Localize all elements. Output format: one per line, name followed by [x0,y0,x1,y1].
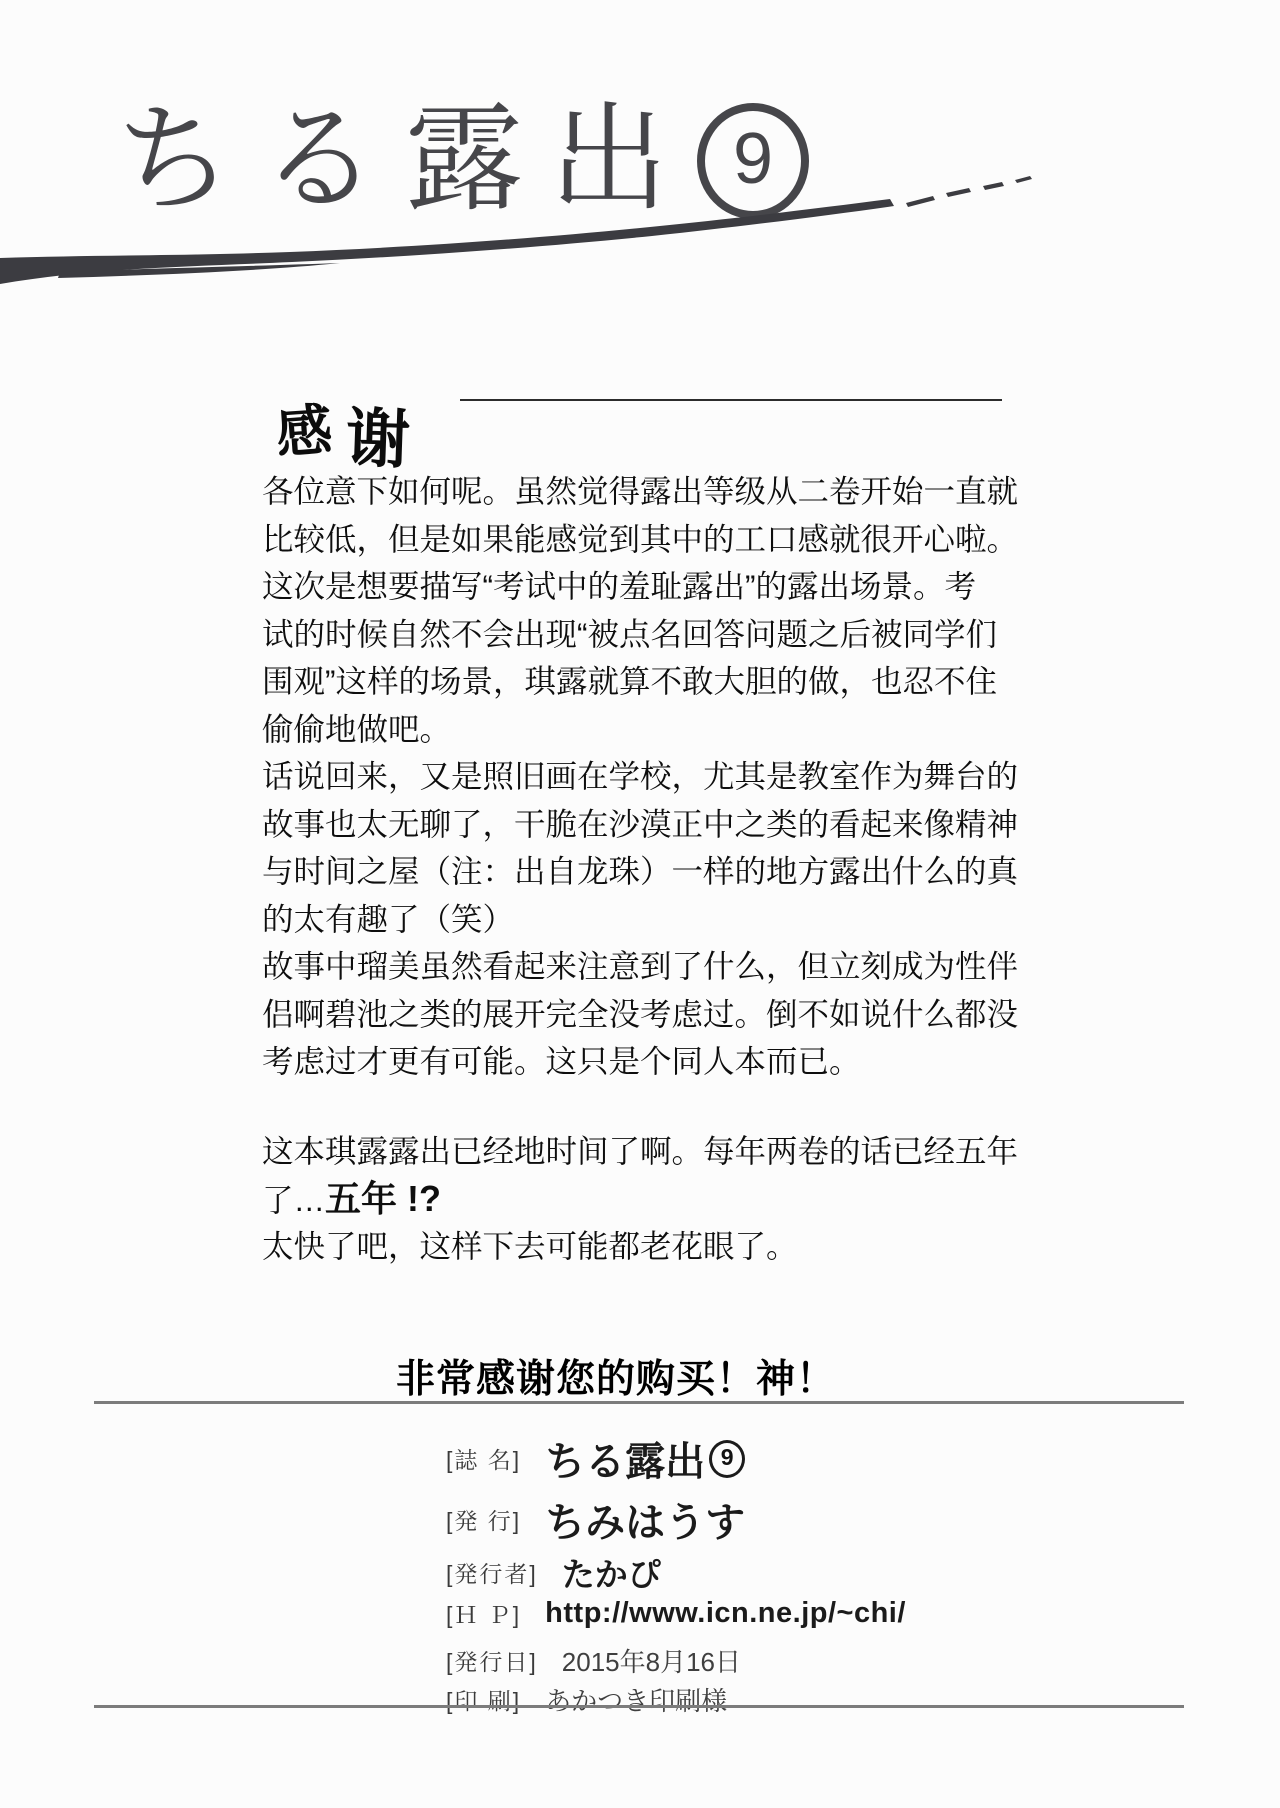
volume-number: 9 [721,1444,734,1471]
volume-badge: 9 [709,1440,745,1478]
afterword-line: 的太有趣了（笑） [262,896,1032,944]
colophon-homepage-url: http://www.icn.ne.jp/~chi/ [545,1597,906,1630]
heading-char-1: 感 [273,386,334,470]
afterword-line: 故事中瑠美虽然看起来注意到了什么，但立刻成为性伴 [262,943,1032,991]
closing-line-1: 这本琪露露出已经地时间了啊。每年两卷的话已经五年 [262,1128,1032,1176]
afterword-line: 考虑过才更有可能。这只是个同人本而已。 [262,1038,1032,1086]
colophon-row-title: [誌 名] ちる露出 9 [446,1430,745,1487]
afterword-line: 话说回来，又是照旧画在学校，尤其是教室作为舞台的 [262,753,1032,801]
afterword-line: 这次是想要描写“考试中的羞耻露出”的露出场景。考 [262,563,1032,611]
colophon-row-homepage: [Ｈ Ｐ] http://www.icn.ne.jp/~chi/ [446,1597,906,1630]
colophon-row-author: [発行者] たかぴ [446,1549,661,1596]
colophon-row-printer: [印 刷] あかつき印刷様 [446,1681,727,1718]
colophon-row-publisher: [発 行] ちみはうす [446,1491,745,1548]
afterword-line: 与时间之屋（注：出自龙珠）一样的地方露出什么的真 [262,848,1032,896]
colophon-row-date: [発行日] 2015年8月16日 [446,1642,741,1679]
closing-line-2-prefix: 了… [262,1182,325,1218]
thanks-message: 非常感谢您的购买！神！ [396,1348,836,1404]
section-heading: 感 谢 [276,378,410,470]
heading-char-2: 谢 [345,387,412,481]
afterword-body: 各位意下如何呢。虽然觉得露出等级从二卷开始一直就 比较低，但是如果能感觉到其中的… [262,468,1032,1270]
closing-line-3: 太快了吧，这样下去可能都老花眼了。 [262,1223,1032,1271]
afterword-line: 侣啊碧池之类的展开完全没考虑过。倒不如说什么都没 [262,991,1032,1039]
afterword-line: 各位意下如何呢。虽然觉得露出等级从二卷开始一直就 [262,468,1032,516]
afterword-line: 故事也太无聊了，干脆在沙漠正中之类的看起来像精神 [262,801,1032,849]
colophon-value: たかぴ [562,1549,661,1596]
afterword-line: 试的时候自然不会出现“被点名回答问题之后被同学们 [262,611,1032,659]
paragraph-gap [262,1086,1032,1128]
colophon-label: [誌 名] [446,1442,521,1475]
heading-rule [460,399,1002,401]
colophon-value: あかつき印刷様 [545,1681,727,1718]
closing-line-2-emphasis: 五年 !? [325,1178,441,1219]
colophon-label: [印 刷] [446,1683,521,1716]
closing-line-2: 了…五年 !? [262,1175,1032,1223]
afterword-line: 比较低，但是如果能感觉到其中的工口感就很开心啦。 [262,516,1032,564]
colophon-value: 2015年8月16日 [562,1642,741,1679]
colophon-label: [発 行] [446,1503,521,1536]
afterword-line: 偷偷地做吧。 [262,706,1032,754]
colophon-divider-top [94,1401,1184,1404]
colophon-label: [発行者] [446,1556,538,1589]
afterword-line: 围观”这样的场景，琪露就算不敢大胆的做，也忍不住 [262,658,1032,706]
afterword-page: ちる露出 9 感 谢 各位意下如何呢。虽然觉得露出等级从二卷开始一直就 比较低，… [0,0,1280,1808]
colophon-label: [発行日] [446,1644,538,1677]
colophon-label: [Ｈ Ｐ] [446,1597,521,1630]
colophon-divider-bottom [94,1705,1184,1708]
colophon-value: ちる露出 [545,1430,705,1487]
brush-stroke-graphic [0,172,1060,302]
colophon-value: ちみはうす [545,1491,745,1548]
